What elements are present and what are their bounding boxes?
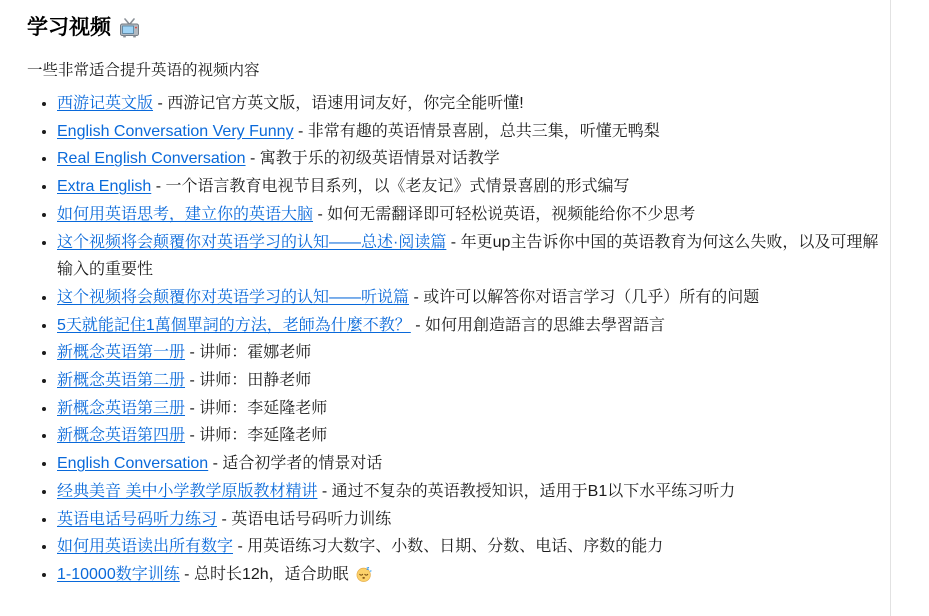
video-list-item: 新概念英语第二册 - 讲师：田静老师: [57, 367, 885, 395]
video-list-item: 5天就能記住1萬個單詞的方法，老師為什麼不教？ - 如何用創造語言的思維去學習語…: [57, 312, 885, 340]
video-list-item: 如何用英语读出所有数字 - 用英语练习大数字、小数、日期、分数、电话、序数的能力: [57, 533, 885, 561]
video-description: 讲师：李延隆老师: [199, 400, 327, 417]
page-title: 学习视频: [0, 0, 929, 40]
separator-text: -: [294, 123, 308, 140]
video-description: 通过不复杂的英语教授知识，适用于B1以下水平练习听力: [332, 483, 736, 500]
separator-text: -: [317, 483, 331, 500]
video-list-item: 如何用英语思考，建立你的英语大脑 - 如何无需翻译即可轻松说英语，视频能给你不少…: [57, 201, 885, 229]
video-description: 如何用創造語言的思維去學習語言: [425, 317, 665, 334]
video-description: 适合初学者的情景对话: [222, 455, 382, 472]
video-link[interactable]: 新概念英语第四册: [57, 427, 185, 444]
video-link[interactable]: Extra English: [57, 178, 151, 195]
video-link[interactable]: 新概念英语第二册: [57, 372, 185, 389]
separator-text: -: [185, 427, 199, 444]
video-link[interactable]: 经典美音 美中小学教学原版教材精讲: [57, 483, 317, 500]
video-link[interactable]: 5天就能記住1萬個單詞的方法，老師為什麼不教？: [57, 317, 411, 334]
video-list-item: 英语电话号码听力练习 - 英语电话号码听力训练: [57, 506, 885, 534]
video-list-item: 新概念英语第三册 - 讲师：李延隆老师: [57, 395, 885, 423]
video-description: 或许可以解答你对语言学习（几乎）所有的问题: [423, 289, 759, 306]
video-link[interactable]: 西游记英文版: [57, 95, 153, 112]
separator-text: -: [185, 344, 199, 361]
video-description: 讲师：田静老师: [199, 372, 311, 389]
video-link[interactable]: 新概念英语第一册: [57, 344, 185, 361]
page-subtitle: 一些非常适合提升英语的视频内容: [0, 40, 929, 80]
separator-text: -: [313, 206, 327, 223]
video-description: 讲师：李延隆老师: [199, 427, 327, 444]
video-description: 总时长12h，适合助眠: [194, 566, 349, 583]
video-list-item: 1-10000数字训练 - 总时长12h，适合助眠 z z: [57, 561, 885, 592]
video-description: 一个语言教育电视节目系列，以《老友记》式情景喜剧的形式编写: [165, 178, 629, 195]
separator-text: -: [153, 95, 167, 112]
video-list-item: Real English Conversation - 寓教于乐的初级英语情景对…: [57, 145, 885, 173]
video-description: 西游记官方英文版，语速用词友好，你完全能听懂!: [167, 95, 523, 112]
video-list-item: 这个视频将会颠覆你对英语学习的认知——听说篇 - 或许可以解答你对语言学习（几乎…: [57, 284, 885, 312]
separator-text: -: [185, 372, 199, 389]
separator-text: -: [180, 566, 194, 583]
video-description: 英语电话号码听力训练: [231, 511, 391, 528]
separator-text: -: [411, 317, 425, 334]
page: 学习视频 一些非常适合提升英语的视频内容 西游记英文版 - 西游记官方英文版，语…: [0, 0, 929, 616]
tv-emoji-icon: [119, 18, 140, 38]
video-link[interactable]: English Conversation Very Funny: [57, 123, 294, 140]
separator-text: -: [233, 538, 247, 555]
video-link[interactable]: 这个视频将会颠覆你对英语学习的认知——总述·阅读篇: [57, 234, 446, 251]
video-list-item: English Conversation - 适合初学者的情景对话: [57, 450, 885, 478]
separator-text: -: [409, 289, 423, 306]
video-description: 如何无需翻译即可轻松说英语，视频能给你不少思考: [327, 206, 695, 223]
video-link[interactable]: 如何用英语读出所有数字: [57, 538, 233, 555]
video-list-item: 新概念英语第一册 - 讲师：霍娜老师: [57, 339, 885, 367]
video-list-item: 新概念英语第四册 - 讲师：李延隆老师: [57, 422, 885, 450]
video-link[interactable]: English Conversation: [57, 455, 208, 472]
right-border-divider: [890, 0, 891, 616]
video-description: 寓教于乐的初级英语情景对话教学: [260, 150, 500, 167]
video-description: 讲师：霍娜老师: [199, 344, 311, 361]
video-list-item: English Conversation Very Funny - 非常有趣的英…: [57, 118, 885, 146]
separator-text: -: [246, 150, 260, 167]
video-list-item: 这个视频将会颠覆你对英语学习的认知——总述·阅读篇 - 年更up主告诉你中国的英…: [57, 229, 885, 284]
video-link[interactable]: 1-10000数字训练: [57, 566, 180, 583]
page-title-text: 学习视频: [27, 16, 111, 40]
video-description: 用英语练习大数字、小数、日期、分数、电话、序数的能力: [247, 538, 663, 555]
separator-text: -: [185, 400, 199, 417]
svg-text:z: z: [370, 569, 372, 573]
video-link[interactable]: 新概念英语第三册: [57, 400, 185, 417]
video-list-item: Extra English - 一个语言教育电视节目系列，以《老友记》式情景喜剧…: [57, 173, 885, 201]
separator-text: -: [151, 178, 165, 195]
sleeping-face-emoji-icon: z z: [356, 564, 373, 592]
video-list-item: 西游记英文版 - 西游记官方英文版，语速用词友好，你完全能听懂!: [57, 90, 885, 118]
video-link[interactable]: Real English Conversation: [57, 150, 246, 167]
video-description: 非常有趣的英语情景喜剧，总共三集，听懂无鸭梨: [308, 123, 660, 140]
separator-text: -: [446, 234, 460, 251]
separator-text: -: [208, 455, 222, 472]
video-link[interactable]: 如何用英语思考，建立你的英语大脑: [57, 206, 313, 223]
separator-text: -: [217, 511, 231, 528]
video-list-item: 经典美音 美中小学教学原版教材精讲 - 通过不复杂的英语教授知识，适用于B1以下…: [57, 478, 885, 506]
video-link[interactable]: 这个视频将会颠覆你对英语学习的认知——听说篇: [57, 289, 409, 306]
video-list: 西游记英文版 - 西游记官方英文版，语速用词友好，你完全能听懂! English…: [27, 90, 885, 592]
video-link[interactable]: 英语电话号码听力练习: [57, 511, 217, 528]
